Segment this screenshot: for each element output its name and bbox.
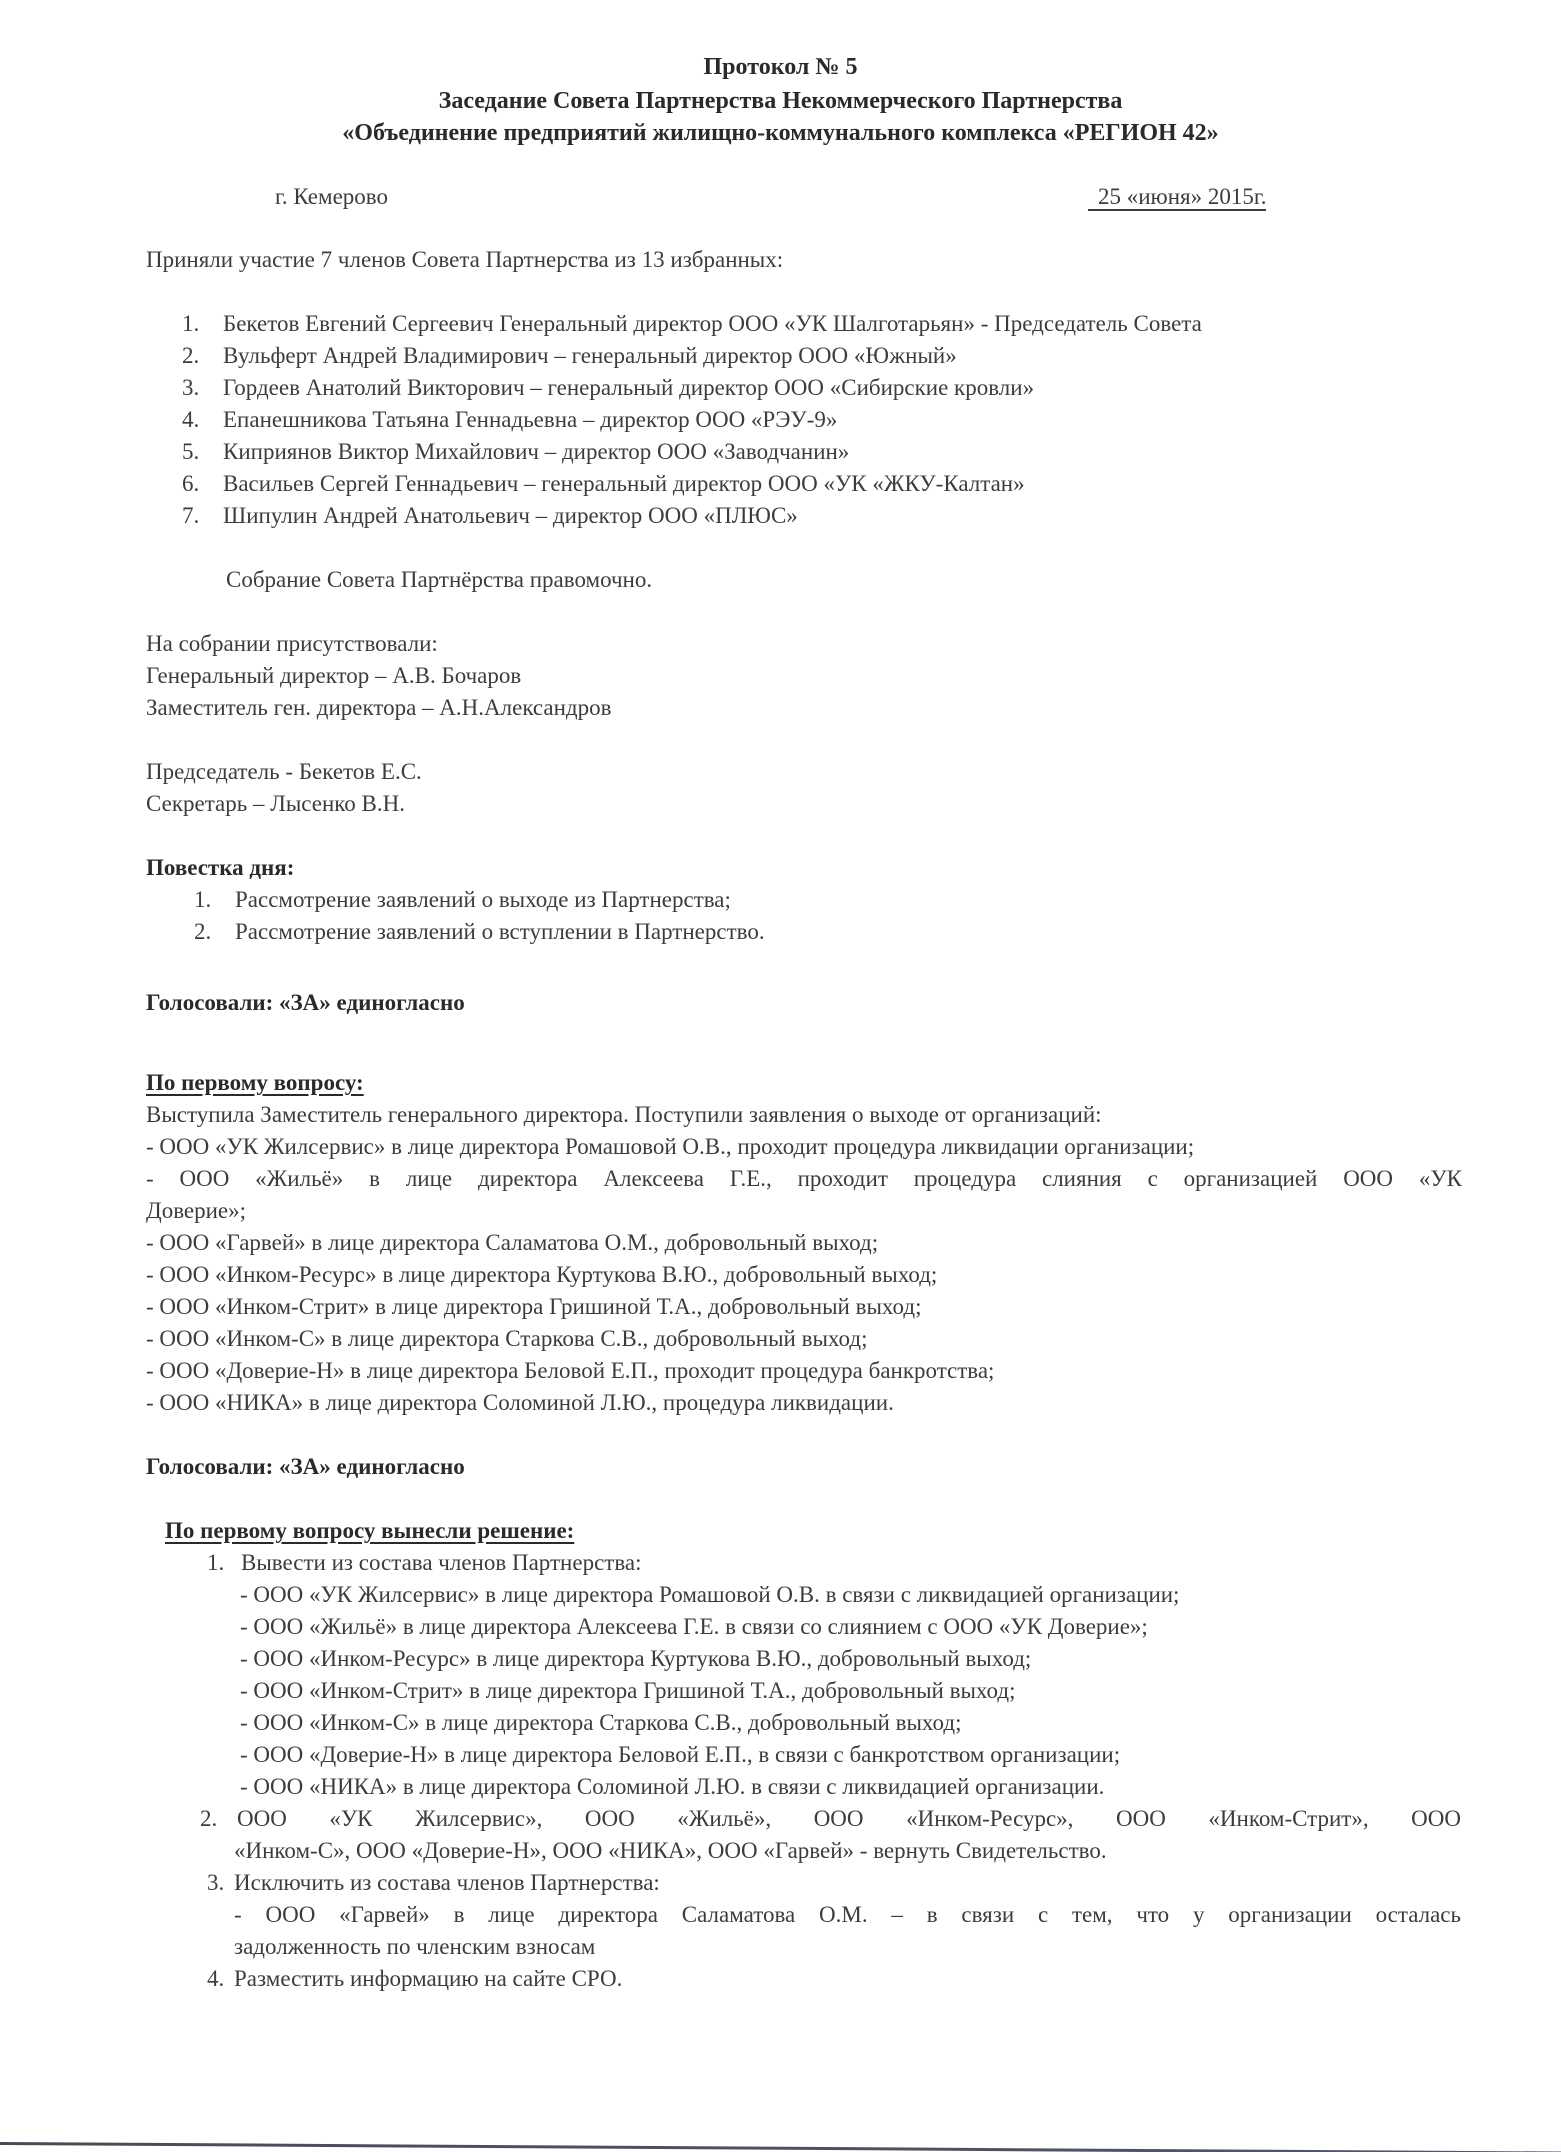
- decision-heading: По первому вопросу вынесли решение:: [165, 1516, 574, 1546]
- city: г. Кемерово: [275, 182, 388, 212]
- list-item: 5.Киприянов Виктор Михайлович – директор…: [182, 437, 849, 467]
- item-number: 2.: [194, 917, 235, 947]
- organization-name: «Объединение предприятий жилищно-коммуна…: [0, 118, 1561, 148]
- withdrawal-item: - ООО «Инком-Ресурс» в лице директора Ку…: [146, 1260, 937, 1290]
- first-question-heading: По первому вопросу:: [146, 1068, 364, 1098]
- decision-item-4: 4.Разместить информацию на сайте СРО.: [207, 1964, 622, 1994]
- scan-edge-line: [0, 2142, 1561, 2152]
- withdrawal-item-continued: Доверие»;: [146, 1196, 246, 1226]
- item-text: Гордеев Анатолий Викторович – генеральны…: [223, 375, 1034, 400]
- withdrawal-item: - ООО «НИКА» в лице директора Соломиной …: [146, 1388, 894, 1418]
- document-title: Протокол № 5: [0, 52, 1561, 82]
- attendee-deputy-director: Заместитель ген. директора – А.Н.Алексан…: [146, 693, 612, 723]
- withdrawal-item: - ООО «Жильё» в лице директора Алексеева…: [146, 1164, 1462, 1194]
- decision-subitem: - ООО «Жильё» в лице директора Алексеева…: [240, 1612, 1148, 1642]
- decision-item-2-line2: «Инком-С», ООО «Доверие-Н», ООО «НИКА», …: [234, 1836, 1107, 1866]
- item-text: ООО «УК Жилсервис», ООО «Жильё», ООО «Ин…: [237, 1806, 1461, 1831]
- list-item: 7.Шипулин Андрей Анатольевич – директор …: [182, 501, 798, 531]
- withdrawal-item: - ООО «Инком-Стрит» в лице директора Гри…: [146, 1292, 922, 1322]
- item-number: 1.: [207, 1548, 241, 1578]
- withdrawal-item: - ООО «Гарвей» в лице директора Саламато…: [146, 1228, 878, 1258]
- withdrawal-item: - ООО «Доверие-Н» в лице директора Белов…: [146, 1356, 994, 1386]
- first-question-intro: Выступила Заместитель генерального дирек…: [146, 1100, 1102, 1130]
- first-question-vote-result: Голосовали: «ЗА» единогласно: [146, 1452, 465, 1482]
- item-text: Вульферт Андрей Владимирович – генеральн…: [223, 343, 957, 368]
- item-text: Васильев Сергей Геннадьевич – генеральны…: [223, 471, 1025, 496]
- item-text: Шипулин Андрей Анатольевич – директор ОО…: [223, 503, 798, 528]
- item-text: Рассмотрение заявлений о вступлении в Па…: [235, 919, 765, 944]
- list-item: 2.Вульферт Андрей Владимирович – генерал…: [182, 341, 957, 371]
- list-item: 1.Бекетов Евгений Сергеевич Генеральный …: [182, 309, 1202, 339]
- item-text: Вывести из состава членов Партнерства:: [241, 1550, 641, 1575]
- item-text: Разместить информацию на сайте СРО.: [234, 1966, 622, 1991]
- quorum-statement: Собрание Совета Партнёрства правомочно.: [226, 565, 652, 595]
- item-number: 1.: [182, 309, 223, 339]
- item-number: 2.: [182, 341, 223, 371]
- decision-subitem: - ООО «НИКА» в лице директора Соломиной …: [240, 1772, 1104, 1802]
- chairman: Председатель - Бекетов Е.С.: [146, 757, 422, 787]
- protocol-page: Протокол № 5 Заседание Совета Партнерств…: [0, 0, 1561, 2152]
- decision-subitem: - ООО «Инком-Ресурс» в лице директора Ку…: [240, 1644, 1031, 1674]
- item-number: 4.: [207, 1964, 234, 1994]
- item-text: Епанешникова Татьяна Геннадьевна – дирек…: [223, 407, 837, 432]
- date-text: 25 «июня» 2015г.: [1088, 184, 1266, 211]
- document-date: 25 «июня» 2015г.: [1088, 182, 1266, 212]
- participants-intro: Приняли участие 7 членов Совета Партнерс…: [146, 245, 783, 275]
- decision-item-3-line2: задолженность по членским взносам: [234, 1932, 595, 1962]
- item-text: Бекетов Евгений Сергеевич Генеральный ди…: [223, 311, 1202, 336]
- item-number: 4.: [182, 405, 223, 435]
- secretary: Секретарь – Лысенко В.Н.: [146, 789, 405, 819]
- list-item: 4.Епанешникова Татьяна Геннадьевна – дир…: [182, 405, 837, 435]
- decision-item-3: 3.Исключить из состава членов Партнерств…: [207, 1868, 660, 1898]
- agenda-item: 1.Рассмотрение заявлений о выходе из Пар…: [194, 885, 731, 915]
- item-text: Исключить из состава членов Партнерства:: [234, 1870, 660, 1895]
- list-item: 3.Гордеев Анатолий Викторович – генераль…: [182, 373, 1034, 403]
- item-number: 6.: [182, 469, 223, 499]
- item-number: 3.: [182, 373, 223, 403]
- decision-item-2-line1: ООО «УК Жилсервис», ООО «Жильё», ООО «Ин…: [215, 1804, 1461, 1834]
- agenda-heading: Повестка дня:: [146, 853, 294, 883]
- decision-item-3-line1: - ООО «Гарвей» в лице директора Саламато…: [234, 1900, 1461, 1930]
- decision-subitem: - ООО «Доверие-Н» в лице директора Белов…: [240, 1740, 1120, 1770]
- item-text: Рассмотрение заявлений о выходе из Партн…: [235, 887, 731, 912]
- agenda-item: 2.Рассмотрение заявлений о вступлении в …: [194, 917, 765, 947]
- decision-subitem: - ООО «УК Жилсервис» в лице директора Ро…: [240, 1580, 1179, 1610]
- item-number: 1.: [194, 885, 235, 915]
- attendance-heading: На собрании присутствовали:: [146, 629, 438, 659]
- decision-subitem: - ООО «Инком-Стрит» в лице директора Гри…: [240, 1676, 1016, 1706]
- item-number: 5.: [182, 437, 223, 467]
- item-number: 7.: [182, 501, 223, 531]
- agenda-vote-result: Голосовали: «ЗА» единогласно: [146, 988, 465, 1018]
- withdrawal-item: - ООО «Инком-С» в лице директора Старков…: [146, 1324, 867, 1354]
- decision-item-1: 1.Вывести из состава членов Партнерства:: [207, 1548, 641, 1578]
- item-number: 3.: [207, 1868, 234, 1898]
- attendee-general-director: Генеральный директор – А.В. Бочаров: [146, 661, 521, 691]
- item-text: Киприянов Виктор Михайлович – директор О…: [223, 439, 849, 464]
- list-item: 6.Васильев Сергей Геннадьевич – генераль…: [182, 469, 1025, 499]
- decision-subitem: - ООО «Инком-С» в лице директора Старков…: [240, 1708, 961, 1738]
- document-subtitle: Заседание Совета Партнерства Некоммерчес…: [0, 86, 1561, 116]
- withdrawal-item: - ООО «УК Жилсервис» в лице директора Ро…: [146, 1132, 1194, 1162]
